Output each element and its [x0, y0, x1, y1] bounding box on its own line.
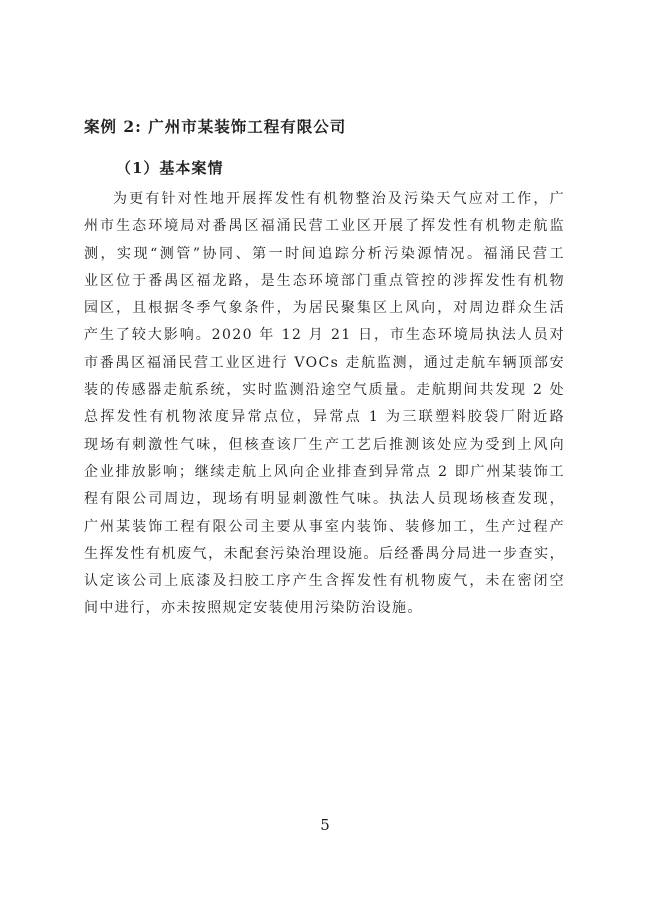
paragraph-line: 市番禺区福涌民营工业区进行 VOCs 走航监测，通过走航车辆顶部安 [84, 350, 565, 377]
paragraph-line: 装的传感器走航系统，实时监测沿途空气质量。走航期间共发现 2 处 [84, 377, 565, 404]
case-paragraph: 为更有针对性地开展挥发性有机物整治及污染天气应对工作，广 州市生态环境局对番禺区… [84, 186, 565, 623]
paragraph-line: 企业排放影响；继续走航上风向企业排查到异常点 2 即广州某装饰工 [84, 459, 565, 486]
paragraph-line: 认定该公司上底漆及扫胶工序产生含挥发性有机物废气，未在密闭空 [84, 568, 565, 595]
paragraph-line: 园区，且根据冬季气象条件，为居民聚集区上风向，对周边群众生活 [84, 295, 565, 322]
paragraph-line: 州市生态环境局对番禺区福涌民营工业区开展了挥发性有机物走航监 [84, 213, 565, 240]
section-heading-basic-facts: （1）基本案情 [84, 158, 565, 178]
paragraph-line: 总挥发性有机物浓度异常点位，异常点 1 为三联塑料胶袋厂附近路段， [84, 404, 565, 431]
paragraph-line: 间中进行，亦未按照规定安装使用污染防治设施。 [84, 595, 565, 622]
paragraph-line: 生挥发性有机废气，未配套污染治理设施。后经番禺分局进一步查实， [84, 541, 565, 568]
paragraph-line: 产生了较大影响。2020 年 12 月 21 日，市生态环境局执法人员对广州 [84, 322, 565, 349]
paragraph-line: 业区位于番禺区福龙路，是生态环境部门重点管控的涉挥发性有机物 [84, 268, 565, 295]
page-number: 5 [0, 815, 650, 835]
case-title: 案例 2: 广州市某装饰工程有限公司 [84, 117, 565, 137]
document-page: 案例 2: 广州市某装饰工程有限公司 （1）基本案情 为更有针对性地开展挥发性有… [0, 0, 650, 919]
paragraph-line: 测，实现“测管”协同、第一时间追踪分析污染源情况。福涌民营工 [84, 241, 565, 268]
paragraph-line: 广州某装饰工程有限公司主要从事室内装饰、装修加工，生产过程产 [84, 514, 565, 541]
paragraph-line: 现场有刺激性气味，但核查该厂生产工艺后推测该处应为受到上风向 [84, 432, 565, 459]
paragraph-line: 程有限公司周边，现场有明显刺激性气味。执法人员现场核查发现， [84, 486, 565, 513]
paragraph-line: 为更有针对性地开展挥发性有机物整治及污染天气应对工作，广 [84, 186, 565, 213]
